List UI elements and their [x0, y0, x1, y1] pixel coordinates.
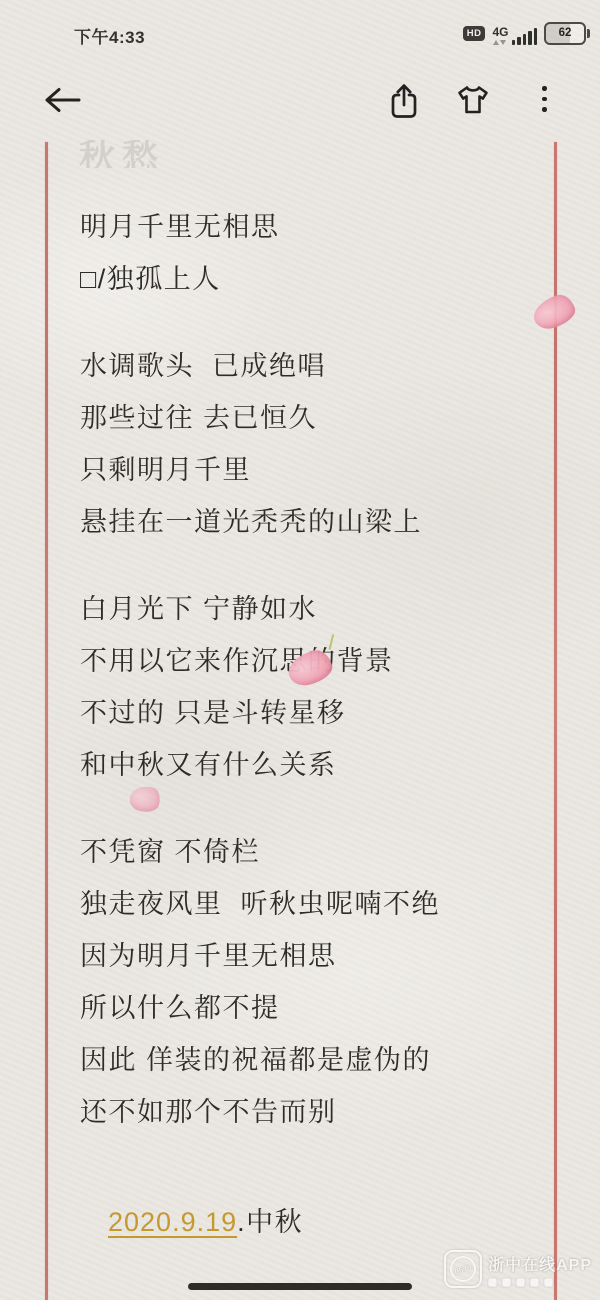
- hd-volte-icon: HD: [463, 26, 486, 42]
- watermark-sub-badges: [488, 1278, 592, 1287]
- date-suffix: .中秋: [237, 1207, 303, 1237]
- kebab-dot: [542, 97, 547, 102]
- poem-line: 只剩明月千里: [80, 453, 540, 487]
- poem-line: 所以什么都不提: [80, 991, 540, 1025]
- poem-line: 不用以它来作沉思的背景: [80, 644, 540, 678]
- share-button[interactable]: [388, 82, 420, 125]
- poem-line: 明月千里无相思: [80, 210, 540, 244]
- signal-bars-icon: [512, 27, 538, 45]
- date-link[interactable]: 2020.9.19: [108, 1207, 237, 1237]
- poem-line: 不过的 只是斗转星移: [80, 696, 540, 730]
- poem-line: 因为明月千里无相思: [80, 939, 540, 973]
- home-indicator-bar[interactable]: [188, 1283, 412, 1290]
- battery-percent: 62: [559, 28, 572, 40]
- network-type: 4G: [492, 26, 508, 45]
- reader-theme-button[interactable]: [455, 84, 491, 121]
- poem-date-row: 2020.9.19.中秋: [80, 1205, 540, 1257]
- poem-line: 独走夜风里 听秋虫呢喃不绝: [80, 887, 540, 921]
- poem-line: 不凭窗 不倚栏: [80, 835, 540, 869]
- battery-cap: [587, 29, 590, 38]
- paper-rule-right: [554, 142, 557, 1300]
- signal-indicator: 4G: [492, 23, 537, 45]
- poem-line: 那些过往 去已恒久: [80, 401, 540, 435]
- status-icons: HD 4G 62: [463, 22, 586, 45]
- poem-line: 白月光下 宁静如水: [80, 592, 540, 626]
- share-icon: [388, 82, 420, 120]
- data-traffic-arrows-icon: [493, 40, 506, 45]
- more-menu-button[interactable]: [540, 84, 549, 114]
- back-arrow-icon: [42, 86, 82, 114]
- poem-line: 因此 佯装的祝福都是虚伪的: [80, 1043, 540, 1077]
- kebab-dot: [542, 107, 547, 112]
- poem-line: 悬挂在一道光秃秃的山梁上: [80, 505, 540, 539]
- clock-time: 下午4:33: [74, 23, 145, 48]
- poem-line: □/独孤上人: [80, 262, 540, 296]
- nav-bar: [0, 72, 600, 130]
- status-bar: 下午4:33 HD 4G 62: [0, 0, 600, 54]
- back-button[interactable]: [42, 86, 82, 119]
- kebab-dot: [542, 86, 547, 91]
- poem-line: 水调歌头 已成绝唱: [80, 349, 540, 383]
- poem-line: 还不如那个不告而别: [80, 1095, 540, 1129]
- tshirt-icon: [455, 84, 491, 116]
- faded-clipped-title: 秋愁: [79, 140, 165, 168]
- date-line: 2020.9.19.中秋: [108, 1205, 540, 1239]
- watermark-logo-text: 0579: [453, 1262, 473, 1276]
- poem-body: 明月千里无相思 □/独孤上人 水调歌头 已成绝唱 那些过往 去已恒久 只剩明月千…: [80, 210, 540, 1147]
- paper-rule-left: [45, 142, 48, 1300]
- network-4g-label: 4G: [492, 26, 508, 38]
- battery-icon: 62: [544, 22, 586, 45]
- poem-line: 和中秋又有什么关系: [80, 748, 540, 782]
